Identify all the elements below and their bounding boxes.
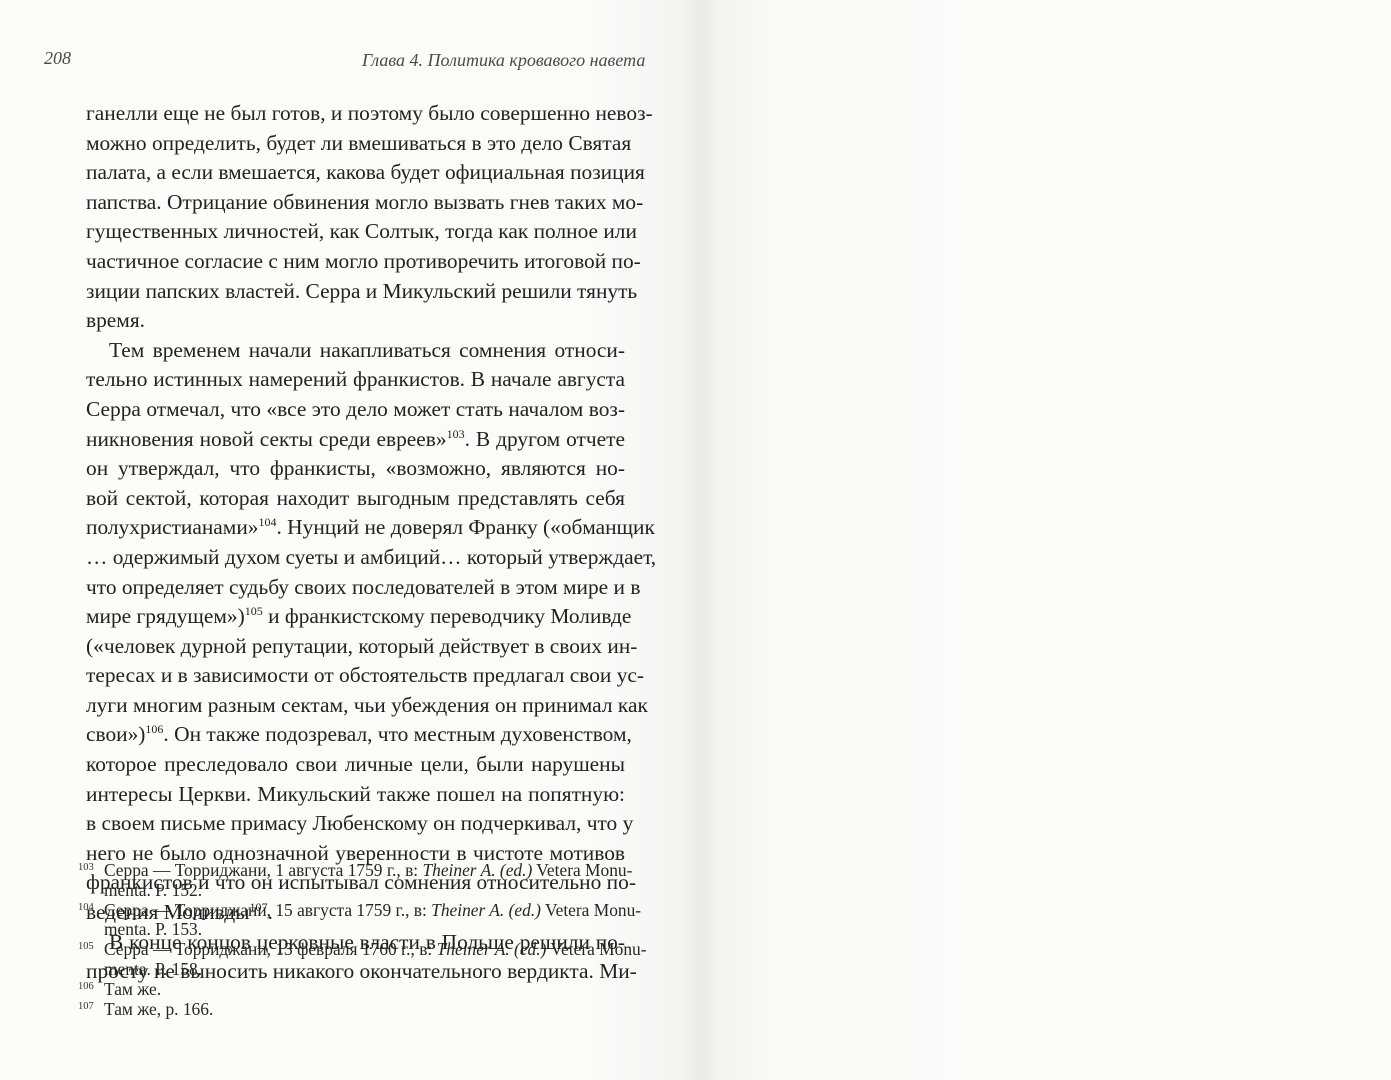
footnote-number: 103 [78,861,104,901]
text-line: никновения новой секты среди евреев»103.… [86,425,625,455]
text-line: гущественных личностей, как Солтык, тогд… [86,217,625,247]
text-line: в своем письме примасу Любенскому он под… [86,809,625,839]
footnote: 103Серра — Торриджани, 1 августа 1759 г.… [78,861,626,901]
text-line: интересы Церкви. Микульский также пошел … [86,780,625,810]
text-line: он утверждал, что франкисты, «возможно, … [86,454,625,484]
text-line: палата, а если вмешается, какова будет о… [86,158,625,188]
footnote-ref[interactable]: 106 [145,722,163,736]
text-line: луги многим разным сектам, чьи убеждения… [86,691,625,721]
right-page: Реакция на кровавый навет 209 кульский о… [695,0,1391,1080]
footnote: 104Серра — Торриджани, 15 августа 1759 г… [78,901,626,941]
text-line: Там же, p. 166. [104,1000,626,1020]
text-line: можно определить, будет ли вмешиваться в… [86,129,625,159]
footnote-text: Серра — Торриджани, 1 августа 1759 г., в… [104,861,632,901]
text-line: вой сектой, которая находит выгодным пре… [86,484,625,514]
text-line: menta. P. 158. [104,960,647,980]
footnote-ref[interactable]: 104 [258,515,276,529]
italic-text: Theiner A. (ed.) [422,860,532,880]
body-text: ганелли еще не был готов, и поэтому было… [86,99,625,987]
text-line: свои»)106. Он также подозревал, что мест… [86,720,625,750]
text-line: которое преследовало свои личные цели, б… [86,750,625,780]
footnote-text: Там же. [104,980,626,1000]
text-line: папства. Отрицание обвинения могло вызва… [86,188,625,218]
text-line: тельно истинных намерений франкистов. В … [86,365,625,395]
italic-text: Theiner A. (ed.) [431,900,541,920]
footnote: 107Там же, p. 166. [78,1000,626,1020]
text-line: ганелли еще не был готов, и поэтому было… [86,99,625,129]
page-number: 208 [44,48,71,69]
gutter-shadow [680,0,720,1080]
footnote-text: Серра — Торриджани, 15 августа 1759 г., … [104,901,641,941]
text-line: Серра отмечал, что «все это дело может с… [86,395,625,425]
book-spread: 208 Глава 4. Политика кровавого навета г… [0,0,1391,1080]
footnotes: 103Серра — Торриджани, 1 августа 1759 г.… [78,861,626,1019]
footnote-text: Серра — Торриджани, 13 февраля 1760 г., … [104,940,647,980]
text-line: Серра — Торриджани, 15 августа 1759 г., … [104,901,641,921]
paragraph: Тем временем начали накапливаться сомнен… [86,336,625,928]
text-line: Там же. [104,980,626,1000]
text-line: частичное согласие с ним могло противоре… [86,247,625,277]
text-line: тересах и в зависимости от обстоятельств… [86,661,625,691]
text-line: menta. P. 153. [104,920,641,940]
footnote: 105Серра — Торриджани, 13 февраля 1760 г… [78,940,626,980]
running-head: Глава 4. Политика кровавого навета [362,50,645,71]
text-line: что определяет судьбу своих последовател… [86,573,625,603]
text-line: Серра — Торриджани, 13 февраля 1760 г., … [104,940,647,960]
footnote-number: 104 [78,901,104,941]
footnote-text: Там же, p. 166. [104,1000,626,1020]
footnote-number: 106 [78,980,104,1000]
text-line: Серра — Торриджани, 1 августа 1759 г., в… [104,861,632,881]
footnote-number: 105 [78,940,104,980]
text-line: мире грядущем»)105 и франкистскому перев… [86,602,625,632]
italic-text: Theiner A. (ed.) [437,939,547,959]
paragraph: ганелли еще не был готов, и поэтому было… [86,99,625,336]
text-line: menta. P. 152. [104,881,632,901]
left-page: 208 Глава 4. Политика кровавого навета г… [0,0,695,1080]
text-line: полухристианами»104. Нунций не доверял Ф… [86,513,625,543]
text-line: Тем временем начали накапливаться сомнен… [86,336,625,366]
footnote-ref[interactable]: 105 [245,604,263,618]
footnote-ref[interactable]: 103 [447,427,465,441]
text-line: … одержимый духом суеты и амбиций… котор… [86,543,625,573]
footnote-number: 107 [78,1000,104,1020]
text-line: («человек дурной репутации, который дейс… [86,632,625,662]
footnote: 106Там же. [78,980,626,1000]
text-line: зиции папских властей. Серра и Микульски… [86,277,625,307]
text-line: время. [86,306,625,336]
